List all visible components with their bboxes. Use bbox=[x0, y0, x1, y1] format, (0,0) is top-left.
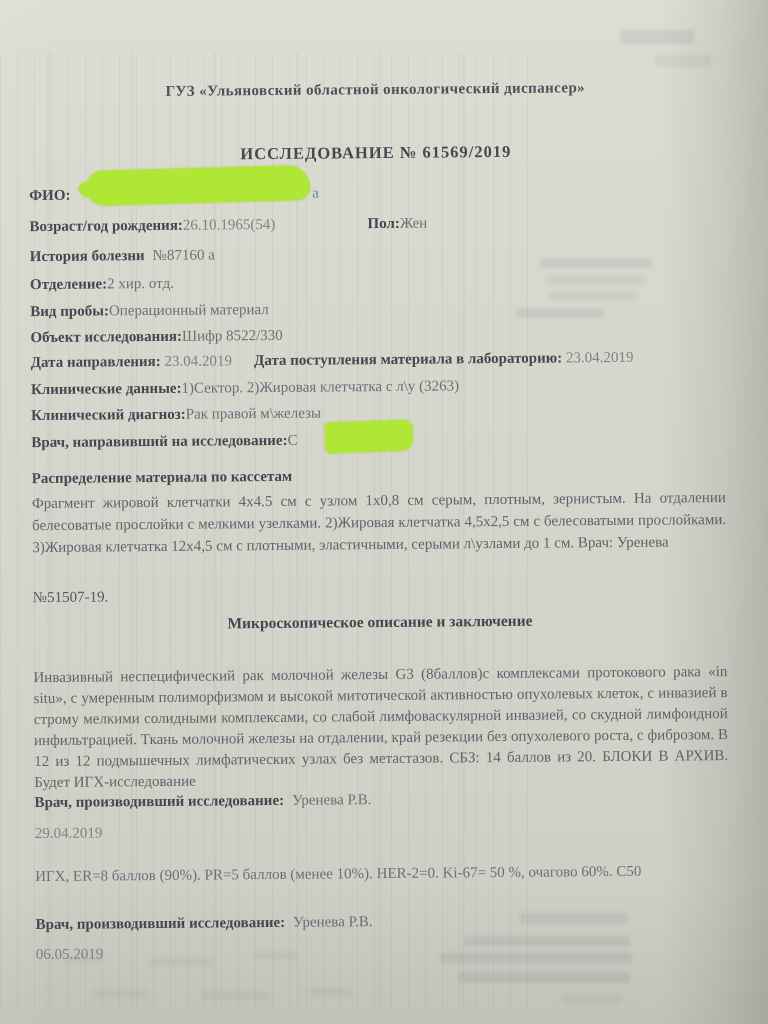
cassettes-description: Фрагмент жировой клетчатки 4х4.5 см с уз… bbox=[32, 487, 727, 559]
sex-label: Пол: bbox=[367, 216, 400, 232]
microscopy-heading: Микроскопическое описание и заключение bbox=[33, 610, 727, 636]
organization-name: ГУЗ «Ульяновский областной онкологически… bbox=[28, 77, 722, 103]
field-sample-type: Вид пробы:Операционный материал bbox=[30, 296, 724, 322]
case-number: №51507-19. bbox=[33, 582, 727, 608]
history-label: История болезни bbox=[30, 248, 145, 265]
redaction-referring-doctor-name bbox=[324, 419, 413, 453]
report-title: ИССЛЕДОВАНИЕ № 61569/2019 bbox=[29, 140, 723, 166]
report2-date: 06.05.2019 bbox=[36, 939, 730, 965]
history-value: №87160 а bbox=[153, 247, 215, 264]
ihc-result: ИГХ, ER=8 баллов (90%). PR=5 баллов (мен… bbox=[35, 861, 729, 887]
field-object: Объект исследования:Шифр 8522/330 bbox=[30, 322, 724, 348]
report1-doctor-label: Врач, производивший исследование: bbox=[34, 793, 284, 811]
department-value: 2 хир. отд. bbox=[107, 276, 174, 293]
report2-doctor-label: Врач, производивший исследование: bbox=[36, 915, 286, 933]
sample-type-value: Операционный материал bbox=[109, 302, 269, 319]
object-value: Шифр 8522/330 bbox=[182, 328, 283, 345]
department-label: Отделение: bbox=[30, 276, 107, 293]
document-content: ГУЗ «Ульяновский областной онкологически… bbox=[0, 0, 768, 1024]
report2-doctor: Врач, производивший исследование:Уренева… bbox=[36, 909, 730, 935]
sent-date-value: 23.04.2019 bbox=[164, 353, 232, 370]
microscopy-description: Инвазивный неспецифический рак молочной … bbox=[33, 662, 728, 794]
sex-field: Пол:Жен bbox=[367, 214, 427, 235]
field-department: Отделение:2 хир. отд. bbox=[30, 269, 724, 295]
referring-doctor-label: Врач, направивший на исследование: bbox=[31, 433, 287, 451]
report1-doctor-name: Уренева Р.В. bbox=[292, 792, 372, 809]
birth-value: 26.10.1965(54) bbox=[183, 217, 276, 234]
field-history: История болезни№87160 а bbox=[30, 241, 724, 267]
cassettes-heading: Распределение материала по кассетам bbox=[32, 463, 726, 489]
photographed-document: ГУЗ «Ульяновский областной онкологически… bbox=[0, 0, 768, 1024]
clinical-data-value: 1)Сектор. 2)Жировая клетчатка с л\у (326… bbox=[181, 378, 459, 396]
clinical-diagnosis-value: Рак правой м\железы bbox=[186, 406, 321, 423]
redaction-patient-name bbox=[86, 165, 311, 206]
field-birth-sex: Возраст/год рождения:26.10.1965(54) Пол:… bbox=[29, 211, 723, 237]
clinical-data-label: Клинические данные: bbox=[31, 381, 182, 398]
received-date-label: Дата поступления материала в лабораторию… bbox=[254, 350, 562, 369]
field-dates: Дата направления: 23.04.2019Дата поступл… bbox=[31, 347, 725, 373]
field-clinical-data: Клинические данные:1)Сектор. 2)Жировая к… bbox=[31, 374, 725, 400]
referring-doctor-visible: С bbox=[287, 433, 297, 449]
clinical-diagnosis-label: Клинический диагноз: bbox=[31, 407, 186, 424]
sent-date-label: Дата направления: bbox=[31, 354, 161, 371]
object-label: Объект исследования: bbox=[30, 329, 182, 346]
report1-date: 29.04.2019 bbox=[35, 818, 729, 844]
fio-label: ФИО: bbox=[29, 188, 70, 204]
fio-visible-suffix: а bbox=[312, 184, 319, 204]
report2-doctor-name: Уренева Р.В. bbox=[293, 914, 373, 931]
sample-type-label: Вид пробы: bbox=[30, 303, 109, 320]
sex-value: Жен bbox=[400, 216, 428, 232]
received-date-value: 23.04.2019 bbox=[566, 350, 634, 367]
birth-label: Возраст/год рождения: bbox=[29, 218, 183, 235]
